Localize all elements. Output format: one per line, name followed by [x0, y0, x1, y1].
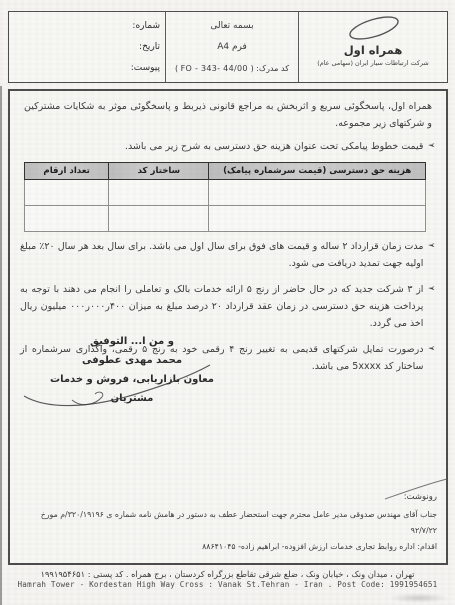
scan-edge-artifact [0, 86, 2, 605]
letterhead-fields: شماره: تاریخ: پیوست: [9, 12, 165, 82]
arrow-bullet-icon: ➢ [428, 341, 436, 375]
copy-to-label: رونوشت: [16, 492, 437, 502]
col-digit-count: تعداد ارقام [25, 163, 109, 180]
bullet-text: قیمت خطوط پیامکی تحت عنوان هزینه حق دستر… [20, 138, 423, 155]
copy-to-recipient: جناب آقای مهندس صدوقی مدیر عامل محترم جه… [16, 507, 437, 539]
address-persian: تهران ، میدان ونک ، خیابان ونک ، ضلع شرق… [0, 569, 455, 579]
bullet-text: از ۳ شرکت جدید که در حال حاضر از رنج ۵ ا… [20, 281, 423, 332]
field-attachment-label: پیوست: [14, 63, 160, 73]
signature-benediction: و من ا... التوفیق [28, 332, 236, 351]
address-english: Hamrah Tower - Kordestan High Way Cross … [0, 580, 455, 589]
table-empty-cell [209, 180, 426, 206]
doc-code-line: کد مدرک: ( FO - 343- 44/00 ) [168, 64, 296, 73]
arrow-bullet-icon: ➢ [428, 281, 436, 332]
table-empty-cell [109, 180, 209, 206]
bullet-item: ➢ از ۳ شرکت جدید که در حال حاضر از رنج ۵… [20, 281, 436, 332]
letterhead-center: بسمه تعالی فرم A4 کد مدرک: ( FO - 343- 4… [165, 12, 298, 82]
field-date-label: تاریخ: [14, 42, 160, 52]
bullet-item: ➢ مدت زمان قرارداد ۲ ساله و قیمت های فوق… [20, 238, 436, 272]
col-access-fee: هزینه حق دسترسی (قیمت سرشماره پیامک) [209, 163, 426, 180]
doc-code-value: ( FO - 343- 44/00 ) [175, 64, 254, 73]
form-type: فرم A4 [168, 42, 296, 52]
table-empty-cell [109, 206, 209, 232]
doc-code-label: کد مدرک: [256, 64, 289, 73]
field-number-label: شماره: [14, 21, 160, 31]
basmala-text: بسمه تعالی [168, 21, 296, 31]
col-code-structure: ساختار کد [109, 163, 209, 180]
table-row [25, 180, 426, 206]
arrow-bullet-icon: ➢ [428, 238, 436, 272]
footer-address: تهران ، میدان ونک ، خیابان ونک ، ضلع شرق… [0, 569, 455, 589]
letterhead: همراه اول شرکت ارتباطات سیار ایران (سهام… [8, 11, 448, 83]
copy-to-action: اقدام: اداره روابط تجاری خدمات ارزش افزو… [16, 539, 437, 555]
brand-wordmark: همراه اول [344, 44, 403, 56]
scanned-letter-page: همراه اول شرکت ارتباطات سیار ایران (سهام… [0, 0, 455, 605]
company-logo-block: همراه اول شرکت ارتباطات سیار ایران (سهام… [298, 12, 447, 82]
table-header-row: هزینه حق دسترسی (قیمت سرشماره پیامک) ساخ… [25, 163, 426, 180]
intro-paragraph: همراه اول، پاسخگوئی سریع و اثربخش به مرا… [24, 98, 432, 132]
table-row [25, 206, 426, 232]
signature-block: و من ا... التوفیق محمد مهدی عطوفی معاون … [28, 332, 236, 408]
copy-to-section: رونوشت: جناب آقای مهندس صدوقی مدیر عامل … [16, 492, 437, 555]
signatory-name: محمد مهدی عطوفی [28, 351, 236, 370]
access-fee-table: هزینه حق دسترسی (قیمت سرشماره پیامک) ساخ… [24, 162, 426, 232]
bullet-item: ➢ قیمت خطوط پیامکی تحت عنوان هزینه حق دس… [20, 138, 436, 155]
signatory-title: معاون بازاریابی، فروش و خدمات مشتریان [28, 370, 236, 408]
scan-smudge-artifact [389, 593, 449, 603]
table-empty-cell [209, 206, 426, 232]
bullet-text: مدت زمان قرارداد ۲ ساله و قیمت های فوق ب… [20, 238, 423, 272]
company-name: شرکت ارتباطات سیار ایران (سهامی عام) [317, 59, 429, 67]
table-empty-cell [25, 206, 109, 232]
table-empty-cell [25, 180, 109, 206]
arrow-bullet-icon: ➢ [428, 138, 436, 155]
